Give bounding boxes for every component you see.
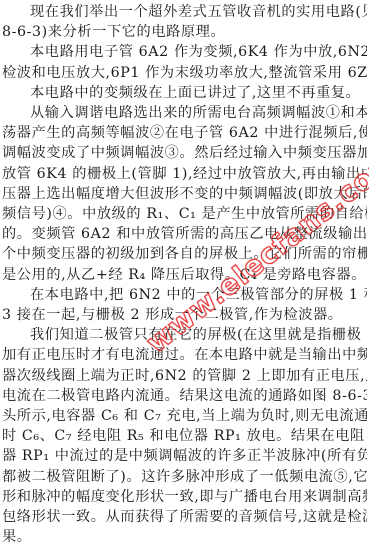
text-line: 器次级线圈上端为正时,6N2 的管脚 2 上即加有正电压,此时有 bbox=[2, 366, 367, 386]
text-line: 现在我们举出一个超外差式五管收音机的实用电路(见图 bbox=[30, 2, 367, 22]
text-line: 我们知道二极管只有在它的屏极(在这里就是指栅极 2)上 bbox=[30, 325, 367, 345]
text-line: 本电路用电子管 6A2 作为变频,6K4 作为中放,6N2 作为 bbox=[30, 42, 367, 62]
text-line: 放管 6K4 的栅极上(管脚 1),经过中放管放大,再由输出中频变 bbox=[2, 164, 367, 184]
text-line: 8-6-3)来分析一下它的电路原理。 bbox=[2, 22, 367, 42]
document-page: 现在我们举出一个超外差式五管收音机的实用电路(见图8-6-3)来分析一下它的电路… bbox=[0, 0, 369, 550]
text-line: 形和脉冲的幅度变化形状一致,即与广播电台用来调制高频波 bbox=[2, 487, 367, 507]
text-line: 在本电路中,把 6N2 中的一个三极管部分的屏极 1 和阴极 bbox=[30, 285, 367, 305]
text-line: 电流在二极管电路内流通。结果这电流的通路如图 8-6-3 中箭 bbox=[2, 386, 367, 406]
text-line: 压器上选出幅度增大但波形不变的中频调幅波(即放大后的中 bbox=[2, 184, 367, 204]
text-line: 果。 bbox=[2, 527, 367, 547]
text-line: 荡器产生的高频等幅波②在电子管 6A2 中进行混频后,使高频 bbox=[2, 123, 367, 143]
text-line: 是公用的,从乙+经 R₄ 降压后取得。C₄ 是旁路电容器。 bbox=[2, 265, 367, 285]
text-line: 时 C₆、C₇ 经电阻 R₅ 和电位器 RP₁ 放电。结果在电阻 R₅ 和电位 bbox=[2, 426, 367, 446]
text-line: 频信号)④。中放级的 R₁、C₁ 是产生中放管所需的自给栅偏压 bbox=[2, 204, 367, 224]
text-line: 器 RP₁ 中流过的是中频调幅波的许多正半波脉冲(所有负半波 bbox=[2, 446, 367, 466]
text-line: 从输入调谐电路选出来的所需电台高频调幅波①和本机振 bbox=[30, 103, 367, 123]
text-line: 调幅波变成了中频调幅波③。然后经过输入中频变压器加到中 bbox=[2, 143, 367, 163]
text-line: 头所示,电容器 C₆ 和 C₇ 充电,当上端为负时,则无电流通过,此 bbox=[2, 406, 367, 426]
text-line: 都被二极管阻断了)。这许多脉冲形成了一低频电流⑤,它的波 bbox=[2, 467, 367, 487]
text-line: 个中频变压器的初级加到各自的屏极上。它们所需的帘栅电压 bbox=[2, 244, 367, 264]
text-line: 的。变频管 6A2 和中放管所需的高压乙电从整流级输出经过两 bbox=[2, 224, 367, 244]
text-line: 加有正电压时才有电流通过。在本电路中就是当输出中频变压 bbox=[2, 345, 367, 365]
text-line: 本电路中的变频级在上面已讲过了,这里不再重复。 bbox=[30, 83, 367, 103]
text-line: 包络形状一致。从而获得了所需要的音频信号,这就是检波的结 bbox=[2, 507, 367, 527]
text-line: 检波和电压放大,6P1 作为末级功率放大,整流管采用 6Z4。 bbox=[2, 63, 367, 83]
text-line: 3 接在一起,与栅极 2 形成一个二极管,作为检波器。 bbox=[2, 305, 367, 325]
